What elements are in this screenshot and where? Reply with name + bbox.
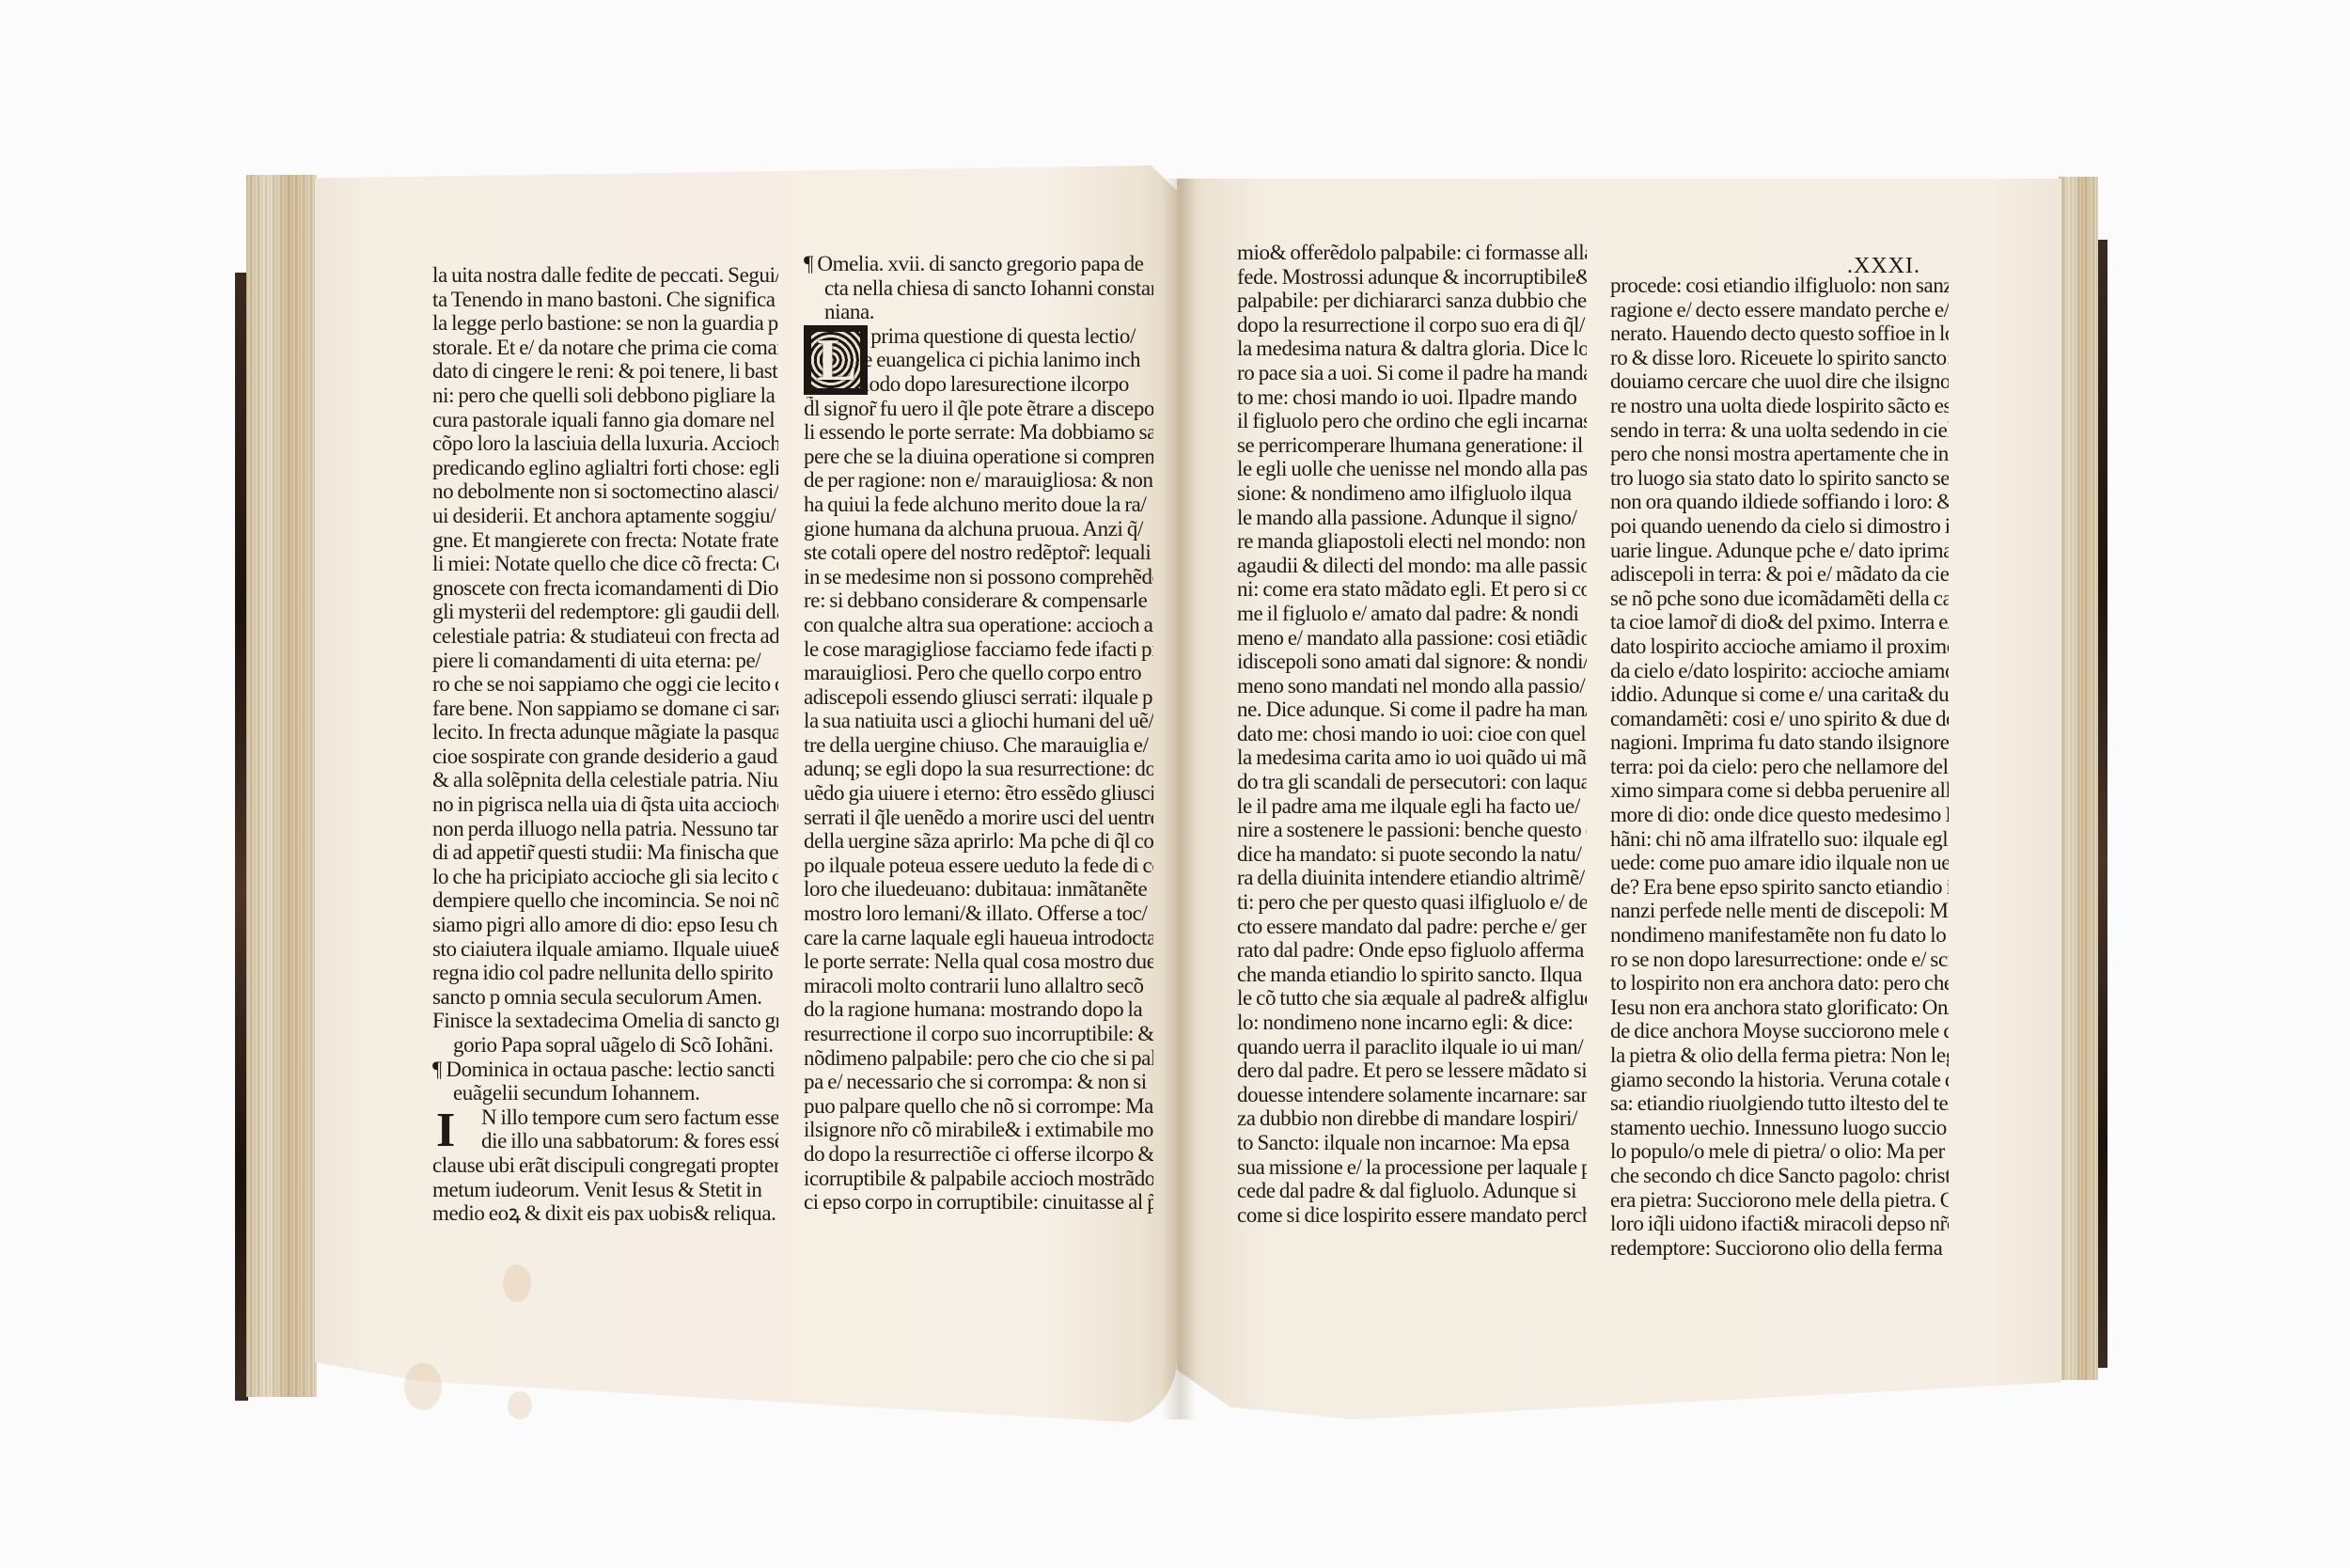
text-line: za dubbio non direbbe di mandare lospiri…: [1237, 1106, 1587, 1131]
text-line: ro che se noi sappiamo che oggi cie leci…: [432, 672, 778, 697]
text-line: do tra gli scandali de persecutori: con …: [1237, 770, 1587, 794]
text-line: nire a sostenere le passioni: benche que…: [1237, 818, 1587, 842]
text-line: Iesu non era anchora stato glorificato: …: [1610, 996, 1949, 1020]
text-line: cõpo loro la lasciuia della luxuria. Acc…: [432, 431, 778, 456]
text-line: cioe sospirate con grande desiderio a ga…: [432, 745, 778, 769]
text-line: icorruptibile & palpabile accioch mostrã…: [804, 1167, 1153, 1191]
initial-letter: L: [817, 327, 857, 393]
text-line: marauigliosi. Pero che quello corpo entr…: [804, 661, 1153, 685]
text-line: in se medesime non si possono comprehẽde: [804, 565, 1153, 589]
text-line: dato di cingere le reni: & poi tenere, l…: [432, 359, 778, 384]
text-line: terra: poi da cielo: pero che nellamore …: [1610, 755, 1949, 779]
foxing-stain: [503, 1264, 531, 1302]
text-line: me il figluolo e/ amato dal padre: & non…: [1237, 602, 1587, 626]
text-line: da cielo e/dato lospirito: accioche amia…: [1610, 659, 1949, 683]
initial-letter-i: I: [436, 1107, 455, 1154]
text-line: lo populo/o mele di pietra/ o olio: Ma p…: [1610, 1139, 1949, 1164]
text-line: de? Era bene epso spirito sancto etiandi…: [1610, 875, 1949, 900]
text-line: to Sancto: ilquale non incarnoe: Ma epsa: [1237, 1131, 1587, 1155]
text-line: sione: & nondimeno amo ilfigluolo ilqua: [1237, 481, 1587, 506]
right-page-block-edge: [2059, 177, 2098, 1380]
text-line: die illo una sabbatorum: & fores essẽt: [432, 1129, 778, 1153]
text-line: le il padre ama me ilquale egli ha facto…: [1237, 794, 1587, 819]
text-line: ta Tenendo in mano bastoni. Che signific…: [432, 288, 778, 312]
right-page-column-2: procede: cosi etiandio ilfigluolo: non s…: [1610, 274, 1949, 1260]
text-line: tre della uergine chiuso. Che marauiglia…: [804, 733, 1153, 758]
text-line: come si dice lospirito essere mandato pe…: [1237, 1203, 1587, 1228]
text-line: dempiere quello che incomincia. Se noi n…: [432, 888, 778, 913]
text-line: siamo pigri allo amore di dio: epso Iesu…: [432, 913, 778, 937]
text-line: dato me: chosi mando io uoi: cioe con qu…: [1237, 722, 1587, 746]
text-line: sto ciaiutera ilquale amiamo. Ilquale ui…: [432, 937, 778, 962]
text-line: idiscepoli sono amati dal signore: & non…: [1237, 650, 1587, 674]
text-line: quando uerra il paraclito ilquale io ui …: [1237, 1035, 1587, 1059]
text-line: nagioni. Imprima fu dato stando ilsignor…: [1610, 730, 1949, 755]
text-line: metum iudeorum. Venit Iesus & Stetit in: [432, 1178, 778, 1202]
text-line: nondimeno manifestamẽte non fu dato lo: [1610, 923, 1949, 948]
text-line: ximo simpara come si debba peruenire all…: [1610, 778, 1949, 803]
text-line: iddio. Adunque si come e/ una carita& du…: [1610, 682, 1949, 707]
text-line: predicando eglino aglialtri forti chose:…: [432, 456, 778, 480]
text-line: il figluolo pero che ordino che egli inc…: [1237, 409, 1587, 433]
text-line: fede. Mostrossi adunque & incorruptibile…: [1237, 265, 1587, 290]
text-line: N illo tempore cum sero factum esset: [432, 1105, 778, 1130]
text-line: le mando alla passione. Adunque il signo…: [1237, 506, 1587, 530]
text-line: no in pigrisca nella uia di q̃sta uita a…: [432, 792, 778, 817]
text-line: agaudii & dilecti del mondo: ma alle pas…: [1237, 554, 1587, 578]
text-line: dero dal padre. Et pero se lessere mãdat…: [1237, 1058, 1587, 1083]
text-line: care la carne laquale egli haueua introd…: [804, 926, 1153, 950]
text-line: gne. Et mangierete con frecta: Notate fr…: [432, 528, 778, 553]
text-line: ui desiderii. Et anchora aptamente soggi…: [432, 504, 778, 528]
text-line: comandamẽti: cosi e/ uno spirito & due d…: [1610, 707, 1949, 731]
text-line: euãgelii secundum Iohannem.: [432, 1081, 778, 1105]
text-line: procede: cosi etiandio ilfigluolo: non s…: [1610, 274, 1949, 298]
text-line: sua missione e/ la processione per laqua…: [1237, 1155, 1587, 1180]
text-line: more di dio: onde dice questo medesimo I…: [1610, 803, 1949, 827]
text-line: re manda gliapostoli electi nel mondo: n…: [1237, 529, 1587, 554]
text-line: meno sono mandati nel mondo alla passio/: [1237, 674, 1587, 698]
text-line: le egli uolle che uenisse nel mondo alla…: [1237, 457, 1587, 481]
text-line: medio eoꝝ & dixit eis pax uobis& reliqua…: [432, 1201, 778, 1226]
text-line: gione humana da alchuna pruoua. Anzi q̃/: [804, 517, 1153, 541]
text-line: che manda etiandio lo spirito sancto. Il…: [1237, 963, 1587, 987]
text-line: de per ragione: non e/ marauigliosa: & n…: [804, 468, 1153, 493]
text-line: uede: come puo amare idio ilquale non ue…: [1610, 851, 1949, 875]
left-page-column-1: la uita nostra dalle fedite de peccati. …: [432, 263, 778, 1226]
text-line: gnoscete con frecta icomandamenti di Dio…: [432, 576, 778, 601]
foxing-stain: [404, 1363, 442, 1410]
text-line: do dopo la resurrectiõe ci offerse ilcor…: [804, 1142, 1153, 1167]
text-line: ro se non dopo laresurrectione: onde e/ …: [1610, 948, 1949, 972]
decorated-initial-l: L: [804, 325, 868, 395]
text-line: no debolmente non si soctomectino alasci…: [432, 479, 778, 504]
text-line: ¶ Dominica in octaua pasche: lectio sanc…: [432, 1058, 778, 1082]
text-line: storale. Et e/ da notare che prima cie c…: [432, 336, 778, 360]
text-line: dopo la resurrectione il corpo suo era d…: [1237, 313, 1587, 337]
text-line: nõdimeno palpabile: pero che cio che si …: [804, 1046, 1153, 1071]
foxing-stain: [508, 1391, 532, 1419]
text-line: douiamo cercare che uuol dire che ilsign…: [1610, 369, 1949, 394]
text-line: stamento uechio. Innessuno luogo succio …: [1610, 1116, 1949, 1140]
text-line: do la ragione humana: mostrando dopo la: [804, 997, 1153, 1022]
text-line: re nostro una uolta diede lospirito sãct…: [1610, 394, 1949, 418]
text-line: clause ubi erãt discipuli congregati pro…: [432, 1153, 778, 1178]
text-line: sancto p omnia secula seculorum Amen.: [432, 985, 778, 1010]
text-line: di ad appetir̃ questi studii: Ma finisch…: [432, 840, 778, 865]
text-line: pa e/ necessario che si corrompa: & non …: [804, 1070, 1153, 1094]
text-line: mio& offerẽdolo palpabile: ci formasse a…: [1237, 241, 1587, 265]
text-line: sa: etiandio riuolgiendo tutto iltesto d…: [1610, 1091, 1949, 1116]
text-line: uarie lingue. Adunque pche e/ dato iprim…: [1610, 539, 1949, 563]
text-line: se nõ pche sono due icomãdamẽti della ca…: [1610, 587, 1949, 611]
text-line: ne. Dice adunque. Si come il padre ha ma…: [1237, 698, 1587, 722]
text-line: la uita nostra dalle fedite de peccati. …: [432, 263, 778, 288]
text-line: ta cioe lamor̃ di dio& del pximo. Interr…: [1610, 610, 1949, 635]
text-line: nanzi perfede nelle menti de discepoli: …: [1610, 899, 1949, 923]
text-line: pero che nonsi mostra apertamente che in…: [1610, 442, 1949, 466]
text-line: celestiale patria: & studiateui con frec…: [432, 624, 778, 649]
text-line: gorio Papa sopral uãgelo di Scõ Iohãni.: [432, 1033, 778, 1058]
text-line: douesse intendere solamente incarnare: s…: [1237, 1083, 1587, 1107]
text-line: li essendo le porte serrate: Ma dobbiamo…: [804, 420, 1153, 445]
text-line: era pietra: Succiorono mele della pietra…: [1610, 1188, 1949, 1213]
text-line: hãni: chi nõ ama ilfratello suo: ilquale…: [1610, 827, 1949, 852]
text-line: palpabile: per dichiararci sanza dubbio …: [1237, 289, 1587, 313]
text-line: d̃l signor̃ fu uero il q̃le pote ẽtrare …: [804, 397, 1153, 421]
text-line: la medesima carita amo io uoi quãdo ui m…: [1237, 745, 1587, 770]
text-line: adiscepoli in terra: & poi e/ mãdato da …: [1610, 562, 1949, 587]
text-line: to me: chosi mando io uoi. Ilpadre mando: [1237, 385, 1587, 410]
text-line: miracoli molto contrarii luno allaltro s…: [804, 974, 1153, 998]
text-line: sendo in terra: & una uolta sedendo in c…: [1610, 418, 1949, 443]
text-line: non perda illuogo nella patria. Nessuno …: [432, 817, 778, 841]
text-line: la pietra & olio della ferma pietra: Non…: [1610, 1043, 1949, 1068]
text-line: ste cotali opere del nostro redẽptor̃: l…: [804, 541, 1153, 565]
text-line: cede dal padre & dal figluolo. Adunque s…: [1237, 1179, 1587, 1203]
text-line: rato dal padre: Onde epso figluolo affer…: [1237, 938, 1587, 963]
text-line: tro luogo sia stato dato lo spirito sanc…: [1610, 466, 1949, 491]
text-line: ci epso corpo in corruptibile: cinuitass…: [804, 1190, 1153, 1215]
text-line: se perricomperare lhumana generatione: i…: [1237, 433, 1587, 458]
text-line: lo: nondimeno none incarno egli: & dice:: [1237, 1011, 1587, 1035]
text-line: adiscepoli essendo gliusci serrati: ilqu…: [804, 685, 1153, 710]
text-line: le porte serrate: Nella qual cosa mostro…: [804, 949, 1153, 974]
text-line: piere li comandamenti di uita eterna: pe…: [432, 649, 778, 673]
text-line: lo che ha pricipiato accioche gli sia le…: [432, 865, 778, 889]
text-line: cto essere mandato dal padre: perche e/ …: [1237, 915, 1587, 939]
text-line: puo palpare quello che nõ si corrompe: M…: [804, 1094, 1153, 1119]
text-line: mostro loro lemani/& illato. Offerse a t…: [804, 902, 1153, 926]
text-line: adunq; se egli dopo la sua resurrectione…: [804, 757, 1153, 781]
text-line: de dice anchora Moyse succiorono mele de…: [1610, 1019, 1949, 1043]
text-line: la sua natiuita usci a gliochi humani de…: [804, 709, 1153, 733]
text-line: ro & disse loro. Riceuete lo spirito san…: [1610, 346, 1949, 370]
text-line: Finisce la sextadecima Omelia di sancto …: [432, 1009, 778, 1033]
text-line: niana.: [804, 300, 1153, 324]
text-line: le cõ tutto che sia æquale al padre& alf…: [1237, 986, 1587, 1011]
text-line: & alla solẽpnita della celestiale patria…: [432, 768, 778, 792]
text-line: loro iq̃li uidono ifacti& miracoli depso…: [1610, 1212, 1949, 1236]
text-line: giamo secondo la historia. Veruna cotale…: [1610, 1068, 1949, 1092]
text-line: resurrectione il corpo suo incorruptibil…: [804, 1022, 1153, 1046]
text-line: nerato. Hauendo decto questo soffioe in …: [1610, 321, 1949, 346]
text-line: ti: pero che per questo quasi ilfigluolo…: [1237, 890, 1587, 915]
text-line: dice ha mandato: si puote secondo la nat…: [1237, 842, 1587, 867]
text-line: ni: come era stato mãdato egli. Et pero …: [1237, 577, 1587, 602]
left-page-block-edge: [246, 175, 317, 1397]
text-line: po ilquale poteua essere ueduto la fede …: [804, 854, 1153, 878]
text-line: con qualche altra sua operatione: accioc…: [804, 613, 1153, 637]
text-line: loro che iluedeuano: dubitaua: inmãtanẽt…: [804, 877, 1153, 902]
text-line: regna idio col padre nellunita dello spi…: [432, 961, 778, 985]
text-line: re: si debbano considerare & compensarle: [804, 588, 1153, 613]
text-line: gli mysterii del redemptore: gli gaudii …: [432, 600, 778, 624]
text-line: serrati il q̃le uenẽdo a morire usci del…: [804, 806, 1153, 830]
text-line: la medesima natura & daltra gloria. Dice…: [1237, 337, 1587, 361]
left-page-column-2: ¶ Omelia. xvii. di sancto gregorio papa …: [804, 252, 1153, 1215]
text-line: cta nella chiesa di sancto Iohanni const…: [804, 276, 1153, 301]
gutter-shadow: [1162, 179, 1196, 1419]
text-line: ra della diuinita intendere etiandio alt…: [1237, 866, 1587, 890]
text-line: ni: pero che quelli soli debbono pigliar…: [432, 384, 778, 408]
text-line: dato lospirito accioche amiamo il proxim…: [1610, 635, 1949, 659]
text-line: le cose maragigliose facciamo fede ifact…: [804, 637, 1153, 662]
text-line: che secondo ch dice Sancto pagolo: chris…: [1610, 1164, 1949, 1188]
text-line: meno e/ mandato alla passione: cosi etiã…: [1237, 626, 1587, 651]
text-line: fare bene. Non sappiamo se domane ci sar…: [432, 697, 778, 721]
text-line: ilsignore nr̃o cõ mirabile& i extimabile…: [804, 1118, 1153, 1142]
text-line: li miei: Notate quello che dice cõ frect…: [432, 552, 778, 576]
text-line: la legge perlo bastione: se non la guard…: [432, 311, 778, 336]
right-page-column-1: mio& offerẽdolo palpabile: ci formasse a…: [1237, 241, 1587, 1227]
text-line: non ora quando ildiede soffiando i loro:…: [1610, 490, 1949, 514]
text-line: della uergine sãza aprirlo: Ma pche di q…: [804, 829, 1153, 854]
text-line: ragione e/ decto essere mandato perche e…: [1610, 298, 1949, 322]
text-line: to lospirito non era anchora dato: pero …: [1610, 971, 1949, 996]
text-line: uẽdo gia uiuere i eterno: ẽtro essẽdo gl…: [804, 781, 1153, 806]
text-line: lecito. In frecta adunque mãgiate la pas…: [432, 720, 778, 745]
text-line: redemptore: Succiorono olio della ferma: [1610, 1236, 1949, 1261]
text-line: ha quiui la fede alchuno merito doue la …: [804, 493, 1153, 517]
text-line: poi quando uenendo da cielo si dimostro …: [1610, 514, 1949, 539]
text-line: cura pastorale iquali fanno gia domare n…: [432, 408, 778, 432]
text-line: pere che se la diuina operatione si comp…: [804, 445, 1153, 469]
text-line: ¶ Omelia. xvii. di sancto gregorio papa …: [804, 252, 1153, 276]
text-line: ro pace sia a uoi. Si come il padre ha m…: [1237, 361, 1587, 385]
